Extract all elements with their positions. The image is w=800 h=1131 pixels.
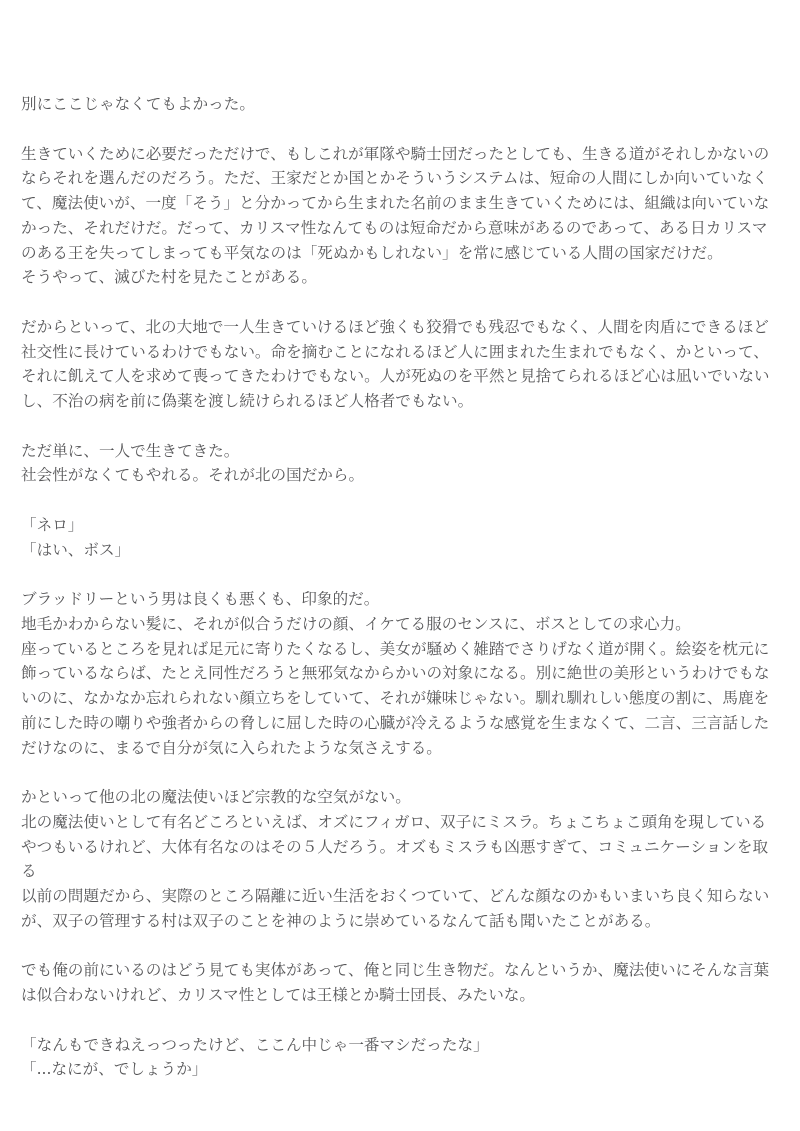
paragraph-closing-dialogue: 「なんもできねえっつったけど、ここん中じゃ一番マシだったな」 「...なにが、で… xyxy=(21,1033,776,1083)
paragraph-not-strong-enough: だからといって、北の大地で一人生きていけるほど強くも狡猾でも残忍でもなく、人間を… xyxy=(21,315,776,414)
paragraph-same-creature: でも俺の前にいるのはどう見ても実体があって、俺と同じ生き物だ。なんというか、魔法… xyxy=(21,958,776,1008)
novel-page: 別にここじゃなくてもよかった。 生きていくために必要だっただけで、もしこれが軍隊… xyxy=(0,0,800,1131)
paragraph-living-reason: 生きていくために必要だっただけで、もしこれが軍隊や騎士団だったとしても、生きる道… xyxy=(21,142,776,291)
paragraph-opening-line: 別にここじゃなくてもよかった。 xyxy=(21,92,776,117)
novel-text-body: 別にここじゃなくてもよかった。 生きていくために必要だっただけで、もしこれが軍隊… xyxy=(21,92,776,1082)
paragraph-dialogue-nero-boss: 「ネロ」 「はい、ボス」 xyxy=(21,513,776,563)
paragraph-lived-alone: ただ単に、一人で生きてきた。 社会性がなくてもやれる。それが北の国だから。 xyxy=(21,439,776,489)
paragraph-bradley-description: ブラッドリーという男は良くも悪くも、印象的だ。 地毛かわからない髪に、それが似合… xyxy=(21,587,776,760)
paragraph-northern-wizards: かといって他の北の魔法使いほど宗教的な空気がない。 北の魔法使いとして有名どころ… xyxy=(21,785,776,934)
